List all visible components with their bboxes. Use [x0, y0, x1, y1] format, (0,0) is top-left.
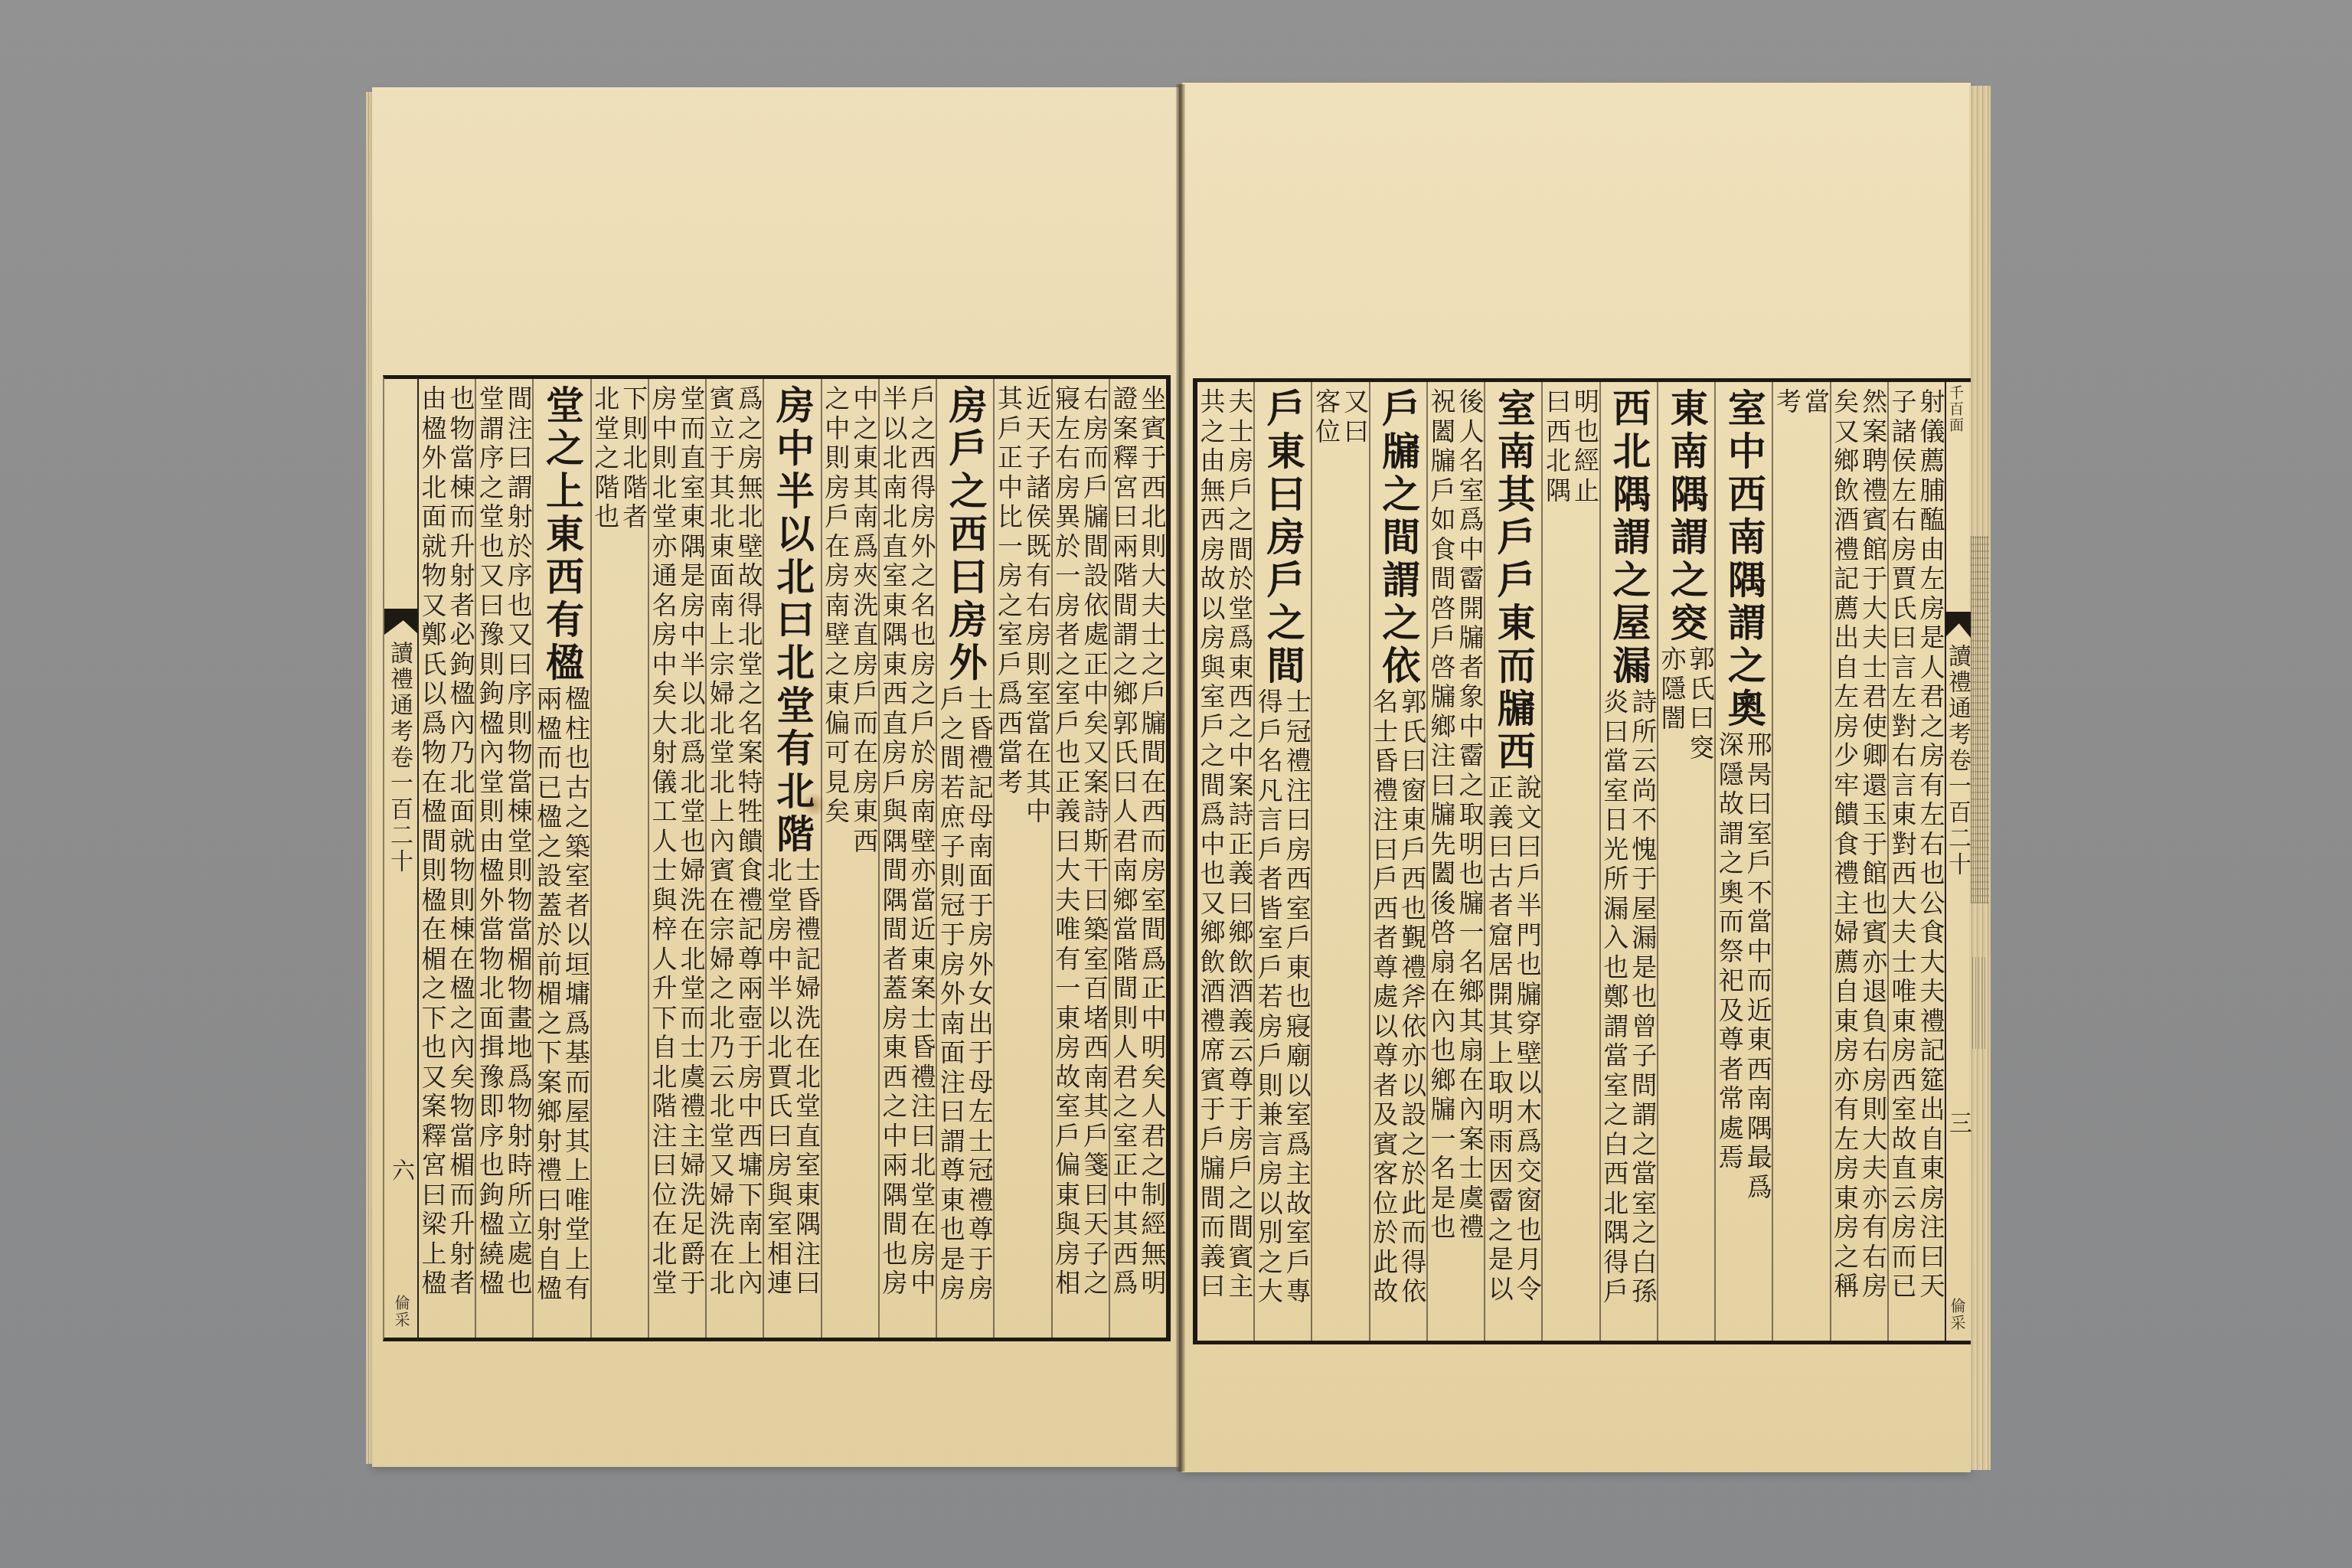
- main-text: 戶牖之間謂之依: [1376, 388, 1420, 688]
- text-column: 西北隅謂之屋漏 詩所云尚不愧于屋漏是也曾子問謂之當室之白孫 炎曰當室日光所漏入也…: [1599, 382, 1657, 1341]
- text-column: 下則北階者 北堂之階也: [590, 379, 648, 1338]
- note-line-left: 由楹外北面就物又鄭氏以爲物在楹間則楹在楣之下也又案釋宮曰梁上楹: [420, 385, 446, 1338]
- main-text: 房中半以北曰北堂有北階: [770, 385, 815, 857]
- note-line-right: 中之東其南爲夾洗直房戶而在房東西: [851, 385, 877, 1338]
- text-column: 射儀薦脯醢由左房是人君之房有左右也公食大夫禮記筵出自東房注曰天 子諸侯左右房賈氏…: [1887, 382, 1945, 1341]
- note-line-left: 證案釋宮曰兩階間謂之鄉郭氏曰人君南鄉當階間則人君之室正中其西爲: [1110, 385, 1137, 1338]
- fish-tail-mark-icon: [384, 609, 419, 635]
- commentary-note: 郭氏曰窔 亦隱闇: [1658, 645, 1714, 1341]
- commentary-note: 後人名室爲中霤開牖者象中霤之取明也牖一名鄉其扇在內案士虞禮 祝闔牖戶如食間啓戶啓…: [1428, 388, 1484, 1341]
- text-column: 近天子諸侯既有右房則室當在其中 其戶正中比一房之室戶爲西當考: [993, 379, 1050, 1338]
- note-line-right: 射儀薦脯醢由左房是人君之房有左右也公食大夫禮記筵出自東房注曰天: [1917, 388, 1944, 1341]
- note-line-right: 然案聘禮賓館于大夫士君使卿還玉于館也賓亦退負右房則大夫亦有右房: [1860, 388, 1886, 1341]
- page-edge-ink-bleed: [1971, 536, 1989, 903]
- note-line-right: 郭氏曰窔: [1687, 645, 1713, 1341]
- note-line-right: 楹柱也古之築室者以垣墉爲基而屋其上唯堂上有: [563, 685, 590, 1338]
- commentary-note: 當 考: [1773, 388, 1829, 1341]
- main-text: 室中西南隅謂之奧: [1722, 388, 1766, 731]
- commentary-note: 士冠禮注曰房西室戶東也寢廟以室爲主故室戶專 得戶名凡言戶者皆室戶若房戶則兼言房以…: [1255, 688, 1311, 1341]
- note-line-right: 士冠禮注曰房西室戶東也寢廟以室爲主故室戶專: [1284, 688, 1311, 1341]
- commentary-note: 中之東其南爲夾洗直房戶而在房東西 之中則房戶在房南壁之東偏可見矣: [822, 385, 878, 1338]
- commentary-note: 然案聘禮賓館于大夫士君使卿還玉于館也賓亦退負右房則大夫亦有右房 矣又鄉飲酒禮記薦…: [1831, 388, 1887, 1341]
- text-column: 坐賓于西北則大夫士之戶牖間在西而房室間爲正中明矣人君之制經無明 證案釋宮曰兩階間…: [1109, 379, 1166, 1338]
- note-line-right: 說文曰戶半門也牖穿壁以木爲交窗也月令: [1514, 774, 1541, 1341]
- commentary-note: 也物當棟而升射者必鉤楹內乃北面就物則棟在楹之內矣物當楣而升射者 由楹外北面就物又…: [419, 385, 475, 1338]
- note-line-left: 北堂之階也: [592, 385, 619, 1338]
- note-line-right: 後人名室爲中霤開牖者象中霤之取明也牖一名鄉其扇在內案士虞禮: [1457, 388, 1484, 1341]
- note-line-right: 士昏禮記母南面于房外女出于母左士冠禮尊于房: [966, 685, 993, 1338]
- right-page-text-frame: 射儀薦脯醢由左房是人君之房有左右也公食大夫禮記筵出自東房注曰天 子諸侯左右房賈氏…: [1193, 378, 1946, 1344]
- note-line-left: 戶之間若庶子則冠于房外南面注曰謂尊東也是房: [938, 685, 965, 1338]
- text-column: 東南隅謂之窔 郭氏曰窔 亦隱闇: [1657, 382, 1714, 1341]
- text-column: 戶之西得房外之名也房之戶於房南壁亦當近東案士昏禮注曰北堂在房中 半以北南北直室東…: [878, 379, 936, 1338]
- note-line-right: 坐賓于西北則大夫士之戶牖間在西而房室間爲正中明矣人君之制經無明: [1138, 385, 1165, 1338]
- note-line-right: 又曰: [1341, 388, 1368, 1341]
- main-text: 房戶之西曰房外: [943, 385, 988, 685]
- text-column: 又曰 客位: [1311, 382, 1368, 1341]
- note-line-right: 詩所云尚不愧于屋漏是也曾子問謂之當室之白孫: [1629, 688, 1656, 1341]
- main-text: 東南隅謂之窔: [1664, 388, 1708, 645]
- note-line-right: 戶之西得房外之名也房之戶於房南壁亦當近東案士昏禮注曰北堂在房中: [908, 385, 935, 1338]
- text-column: 然案聘禮賓館于大夫士君使卿還玉于館也賓亦退負右房則大夫亦有右房 矣又鄉飲酒禮記薦…: [1830, 382, 1887, 1341]
- folio-number: 三: [1946, 1111, 1969, 1134]
- note-line-right: 也物當棟而升射者必鉤楹內乃北面就物則棟在楹之內矣物當楣而升射者: [448, 385, 475, 1338]
- block-mark: 倫采: [1949, 1298, 1965, 1331]
- note-line-right: 當: [1802, 388, 1829, 1341]
- text-column: 房中半以北曰北堂有北階 士昏禮記婦洗在北堂直室東隅注曰 北堂房中半以北賈氏曰房與…: [763, 379, 820, 1338]
- left-page-text-frame: 坐賓于西北則大夫士之戶牖間在西而房室間爲正中明矣人君之制經無明 證案釋宮曰兩階間…: [417, 375, 1171, 1341]
- commentary-note: 右房而戶牖間設依處正中矣又案詩斯干曰築室百堵西南其戶箋曰天子之 寢左右房異於一房…: [1053, 385, 1109, 1338]
- note-line-left: 其戶正中比一房之室戶爲西當考: [995, 385, 1022, 1338]
- note-line-right: 堂而直室東隅是房中半以北爲北堂也婦洗在北堂而士虞禮主婦洗足爵于: [678, 385, 705, 1338]
- commentary-note: 士昏禮記母南面于房外女出于母左士冠禮尊于房 戶之間若庶子則冠于房外南面注曰謂尊東…: [937, 685, 993, 1338]
- text-column: 明也經止 曰西北隅: [1541, 382, 1599, 1341]
- note-line-left: 半以北南北直室東隅東西直房戶與隅間隅間者蓋房東西之中兩隅間也房: [880, 385, 906, 1338]
- note-line-right: 下則北階者: [620, 385, 647, 1338]
- text-column: 夫士房戶之間於堂爲東西之中案詩正義曰鄉飲酒義云尊于房戶之間賓主 共之由無西房故以…: [1197, 382, 1253, 1341]
- main-text: 戶東曰房戶之間: [1261, 388, 1305, 688]
- note-line-left: 房中則北堂亦通名房中矣大射儀工人士與梓人升下自北階注曰位在北堂: [650, 385, 677, 1338]
- commentary-note: 間注曰謂射於序也又曰序則物當棟堂則物當楣物畫地爲物射時所立處也 堂謂序之堂也又曰…: [476, 385, 532, 1338]
- character-count-note: 千百面: [1948, 385, 1962, 433]
- note-line-left: 得戶名凡言戶者皆室戶若房戶則兼言房以別之大: [1256, 688, 1282, 1341]
- note-line-left: 亦隱闇: [1658, 645, 1685, 1341]
- note-line-right: 士昏禮記婦洗在北堂直室東隅注曰: [793, 857, 820, 1338]
- right-page-fold-column: 千百面 讀禮通考卷一百二十 三 倫采: [1945, 378, 1971, 1344]
- commentary-note: 詩所云尚不愧于屋漏是也曾子問謂之當室之白孫 炎曰當室日光所漏入也鄭謂當室之白西北…: [1601, 688, 1657, 1341]
- note-line-left: 寢左右房異於一房者之室戶也正義曰大夫唯有一東房故室戶偏東與房相: [1053, 385, 1080, 1338]
- main-text: 堂之上東西有楹: [540, 385, 584, 685]
- running-title: 讀禮通考卷一百二十: [1945, 644, 1968, 878]
- note-line-right: 夫士房戶之間於堂爲東西之中案詩正義曰鄉飲酒義云尊于房戶之間賓主: [1227, 388, 1253, 1341]
- note-line-left: 堂謂序之堂也又曰豫則鉤楹內堂則由楹外當物北面揖豫即序也鉤楹繞楹: [477, 385, 504, 1338]
- note-line-left: 兩楹而已楹之設蓋於前楣之下案鄉射禮曰射自楹: [534, 685, 561, 1338]
- note-line-left: 名士昏禮注曰戶西者尊處以尊者及賓客位於此故: [1370, 688, 1397, 1341]
- text-column: 堂之上東西有楹 楹柱也古之築室者以垣墉爲基而屋其上唯堂上有 兩楹而已楹之設蓋於前…: [532, 379, 590, 1338]
- note-line-right: 間注曰謂射於序也又曰序則物當棟堂則物當楣物畫地爲物射時所立處也: [505, 385, 532, 1338]
- note-line-left: 賓立于其北東面南上宗婦北堂北上內賓在宗婦之北乃云北堂又婦洗在北: [707, 385, 734, 1338]
- note-line-right: 明也經止: [1572, 388, 1599, 1341]
- note-line-left: 北堂房中半以北賈氏曰房與室相連: [765, 857, 792, 1338]
- text-column: 爲之房無北壁故得北堂之名案特牲饋食禮記尊兩壺于房中西墉下南上內 賓立于其北東面南…: [705, 379, 763, 1338]
- text-column: 戶牖之間謂之依 郭氏曰窗東戶西也覲禮斧依亦以設之於此而得依 名士昏禮注曰戶西者尊…: [1369, 382, 1426, 1341]
- text-column: 也物當棟而升射者必鉤楹內乃北面就物則棟在楹之內矣物當楣而升射者 由楹外北面就物又…: [419, 379, 475, 1338]
- note-line-left: 客位: [1313, 388, 1340, 1341]
- page-edge-ink-bleed: [1972, 957, 1988, 1049]
- commentary-note: 爲之房無北壁故得北堂之名案特牲饋食禮記尊兩壺于房中西墉下南上內 賓立于其北東面南…: [707, 385, 763, 1338]
- commentary-note: 明也經止 曰西北隅: [1543, 388, 1599, 1341]
- note-line-left: 祝闔牖戶如食間啓戶啓牖鄉注曰牖先闔後啓扇在內也鄉牖一名是也: [1429, 388, 1455, 1341]
- left-page-fold-column: 讀禮通考卷一百二十 六 倫采: [383, 375, 419, 1341]
- main-text: 室南其戶戶東而牖西: [1491, 388, 1536, 774]
- note-line-left: 考: [1774, 388, 1801, 1341]
- note-line-left: 炎曰當室日光所漏入也鄭謂當室之白西北隅得戶: [1601, 688, 1628, 1341]
- commentary-note: 說文曰戶半門也牖穿壁以木爲交窗也月令 正義曰古者窟居開其上取明雨因霤之是以: [1485, 774, 1541, 1341]
- note-line-left: 子諸侯左右房賈氏曰言左對右言東對西大夫士唯東房西室故直云房而已: [1889, 388, 1916, 1341]
- note-line-left: 深隱故謂之奧而祭祀及尊者常處焉: [1717, 731, 1743, 1341]
- note-line-left: 正義曰古者窟居開其上取明雨因霤之是以: [1486, 774, 1513, 1341]
- text-column: 房戶之西曰房外 士昏禮記母南面于房外女出于母左士冠禮尊于房 戶之間若庶子則冠于房…: [936, 379, 993, 1338]
- text-column: 戶東曰房戶之間 士冠禮注曰房西室戶東也寢廟以室爲主故室戶專 得戶名凡言戶者皆室戶…: [1253, 382, 1311, 1341]
- note-line-left: 曰西北隅: [1543, 388, 1570, 1341]
- text-column: 右房而戶牖間設依處正中矣又案詩斯干曰築室百堵西南其戶箋曰天子之 寢左右房異於一房…: [1051, 379, 1109, 1338]
- commentary-note: 坐賓于西北則大夫士之戶牖間在西而房室間爲正中明矣人君之制經無明 證案釋宮曰兩階間…: [1110, 385, 1166, 1338]
- commentary-note: 邢昺曰室戶不當中而近東西南隅最爲 深隱故謂之奧而祭祀及尊者常處焉: [1716, 731, 1772, 1341]
- note-line-right: 郭氏曰窗東戶西也覲禮斧依亦以設之於此而得依: [1399, 688, 1426, 1341]
- block-mark: 倫采: [394, 1295, 409, 1328]
- left-page-columns: 坐賓于西北則大夫士之戶牖間在西而房室間爲正中明矣人君之制經無明 證案釋宮曰兩階間…: [419, 379, 1166, 1338]
- commentary-note: 楹柱也古之築室者以垣墉爲基而屋其上唯堂上有 兩楹而已楹之設蓋於前楣之下案鄉射禮曰…: [534, 685, 590, 1338]
- book-gutter: [1176, 84, 1185, 1472]
- text-column: 後人名室爲中霤開牖者象中霤之取明也牖一名鄉其扇在內案士虞禮 祝闔牖戶如食間啓戶啓…: [1426, 382, 1484, 1341]
- text-column: 當 考: [1772, 382, 1829, 1341]
- running-title: 讀禮通考卷一百二十: [387, 641, 410, 875]
- note-line-right: 近天子諸侯既有右房則室當在其中: [1024, 385, 1050, 1338]
- note-line-right: 右房而戶牖間設依處正中矣又案詩斯干曰築室百堵西南其戶箋曰天子之: [1081, 385, 1108, 1338]
- commentary-note: 郭氏曰窗東戶西也覲禮斧依亦以設之於此而得依 名士昏禮注曰戶西者尊處以尊者及賓客位…: [1370, 688, 1426, 1341]
- note-line-left: 共之由無西房故以房與室戶之間爲中也又鄉飲酒禮席賓于戶牖間而義曰: [1198, 388, 1225, 1341]
- commentary-note: 戶之西得房外之名也房之戶於房南壁亦當近東案士昏禮注曰北堂在房中 半以北南北直室東…: [880, 385, 936, 1338]
- commentary-note: 堂而直室東隅是房中半以北爲北堂也婦洗在北堂而士虞禮主婦洗足爵于 房中則北堂亦通名…: [649, 385, 705, 1338]
- commentary-note: 又曰 客位: [1312, 388, 1368, 1341]
- fish-tail-mark-icon: [1945, 612, 1971, 638]
- commentary-note: 士昏禮記婦洗在北堂直室東隅注曰 北堂房中半以北賈氏曰房與室相連: [764, 857, 820, 1338]
- text-column: 堂而直室東隅是房中半以北爲北堂也婦洗在北堂而士虞禮主婦洗足爵于 房中則北堂亦通名…: [648, 379, 705, 1338]
- comm-note: 下則北階者 北堂之階也: [592, 385, 648, 1338]
- text-column: 室南其戶戶東而牖西 說文曰戶半門也牖穿壁以木爲交窗也月令 正義曰古者窟居開其上取…: [1484, 382, 1541, 1341]
- text-column: 間注曰謂射於序也又曰序則物當棟堂則物當楣物畫地爲物射時所立處也 堂謂序之堂也又曰…: [475, 379, 532, 1338]
- commentary-note: 近天子諸侯既有右房則室當在其中 其戶正中比一房之室戶爲西當考: [995, 385, 1050, 1338]
- folio-number: 六: [389, 1158, 412, 1181]
- right-page-columns: 射儀薦脯醢由左房是人君之房有左右也公食大夫禮記筵出自東房注曰天 子諸侯左右房賈氏…: [1197, 382, 1945, 1341]
- note-line-right: 爲之房無北壁故得北堂之名案特牲饋食禮記尊兩壺于房中西墉下南上內: [736, 385, 763, 1338]
- note-line-right: 邢昺曰室戶不當中而近東西南隅最爲: [1745, 731, 1772, 1341]
- commentary-note: 射儀薦脯醢由左房是人君之房有左右也公食大夫禮記筵出自東房注曰天 子諸侯左右房賈氏…: [1889, 388, 1945, 1341]
- commentary-note: 夫士房戶之間於堂爲東西之中案詩正義曰鄉飲酒義云尊于房戶之間賓主 共之由無西房故以…: [1197, 388, 1253, 1341]
- note-line-left: 之中則房戶在房南壁之東偏可見矣: [822, 385, 849, 1338]
- note-line-left: 矣又鄉飲酒禮記薦出自左房少牢饋食禮主婦薦自東房亦有左房東房之稱: [1831, 388, 1858, 1341]
- text-column: 室中西南隅謂之奧 邢昺曰室戶不當中而近東西南隅最爲 深隱故謂之奧而祭祀及尊者常處…: [1714, 382, 1772, 1341]
- main-text: 西北隅謂之屋漏: [1606, 388, 1651, 688]
- text-column: 中之東其南爲夾洗直房戶而在房東西 之中則房戶在房南壁之東偏可見矣: [821, 379, 878, 1338]
